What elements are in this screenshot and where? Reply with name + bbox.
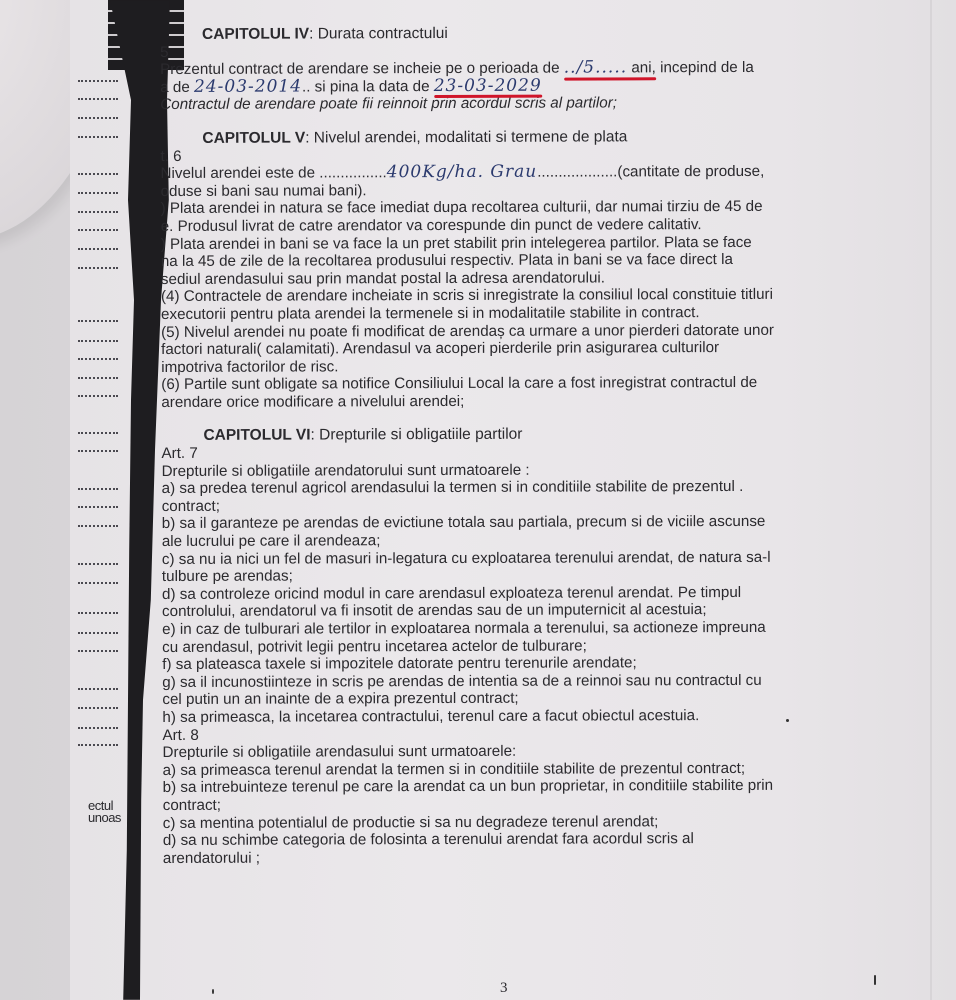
text-run: Nivelul arendei este de ................ (160, 164, 386, 182)
paper-speck (874, 975, 876, 985)
paper-speck (212, 989, 214, 994)
red-underline (564, 77, 656, 80)
paragraph-line: (5) Nivelul arendei nu poate fi modifica… (161, 321, 881, 341)
margin-dotted-line (78, 727, 118, 731)
margin-dotted-line (78, 80, 118, 84)
margin-dotted-line (78, 688, 118, 692)
margin-dotted-line (78, 707, 118, 711)
margin-dotted-line (78, 506, 118, 510)
margin-dotted-line (78, 358, 118, 362)
margin-dotted-line (78, 211, 118, 215)
margin-dotted-line (78, 582, 118, 586)
margin-dotted-line (78, 612, 118, 616)
paper-speck (786, 719, 789, 722)
text-run: ani, (627, 59, 656, 76)
handwritten-years-field: ../5..... ani, (564, 59, 656, 77)
margin-dotted-line (78, 117, 118, 121)
document-body: CAPITOLUL IV: Durata contractului 5 Prez… (160, 23, 883, 867)
margin-dotted-line (78, 136, 118, 140)
margin-dotted-line (78, 377, 118, 381)
chapter-number: CAPITOLUL V (202, 129, 305, 146)
chapter-title: : Durata contractului (309, 25, 448, 42)
margin-dotted-line (78, 192, 118, 196)
list-item-continuation: arendatorului ; (163, 847, 883, 867)
margin-dotted-line (78, 248, 118, 252)
handwritten-end-date: 23-03-2029 (434, 75, 542, 95)
margin-dotted-line (78, 632, 118, 636)
text-run: .. si pina la data de (302, 78, 434, 95)
margin-dotted-line (78, 744, 118, 748)
margin-dotted-line (78, 450, 118, 454)
text-run: ...................(cantitate de produse… (537, 163, 764, 181)
handwritten-value: ../5..... (564, 58, 627, 78)
handwritten-end-date-field: 23-03-2029 (434, 77, 542, 95)
margin-dotted-line (78, 395, 118, 399)
paragraph-line: (4) Contractele de arendare incheiate in… (161, 286, 881, 306)
margin-dotted-line (78, 432, 118, 436)
page-number: 3 (500, 980, 508, 997)
margin-dotted-line (78, 650, 118, 654)
margin-dotted-line (78, 525, 118, 529)
chapter-number: CAPITOLUL IV (202, 25, 309, 42)
chapter-title: : Drepturile si obligatiile partilor (310, 426, 522, 444)
margin-dotted-line (78, 488, 118, 492)
margin-dotted-line (78, 173, 118, 177)
chapter-number: CAPITOLUL VI (203, 427, 310, 444)
margin-dotted-line (78, 320, 118, 324)
margin-dotted-line (78, 267, 118, 271)
text-run: a de (160, 79, 194, 96)
paper-fold-line (930, 0, 932, 1000)
handwritten-rent-amount: 400Kg/ha. Grau (387, 162, 538, 183)
margin-text-fragment: unoas (88, 810, 121, 825)
margin-dotted-line (78, 340, 118, 344)
margin-dotted-line (78, 98, 118, 102)
margin-dotted-line (78, 563, 118, 567)
handwritten-start-date: 24-03-2014 (194, 76, 302, 96)
chapter-title: : Nivelul arendei, modalitati si termene… (305, 128, 627, 146)
text-run: incepind de la (656, 59, 754, 76)
margin-dotted-line (78, 229, 118, 233)
